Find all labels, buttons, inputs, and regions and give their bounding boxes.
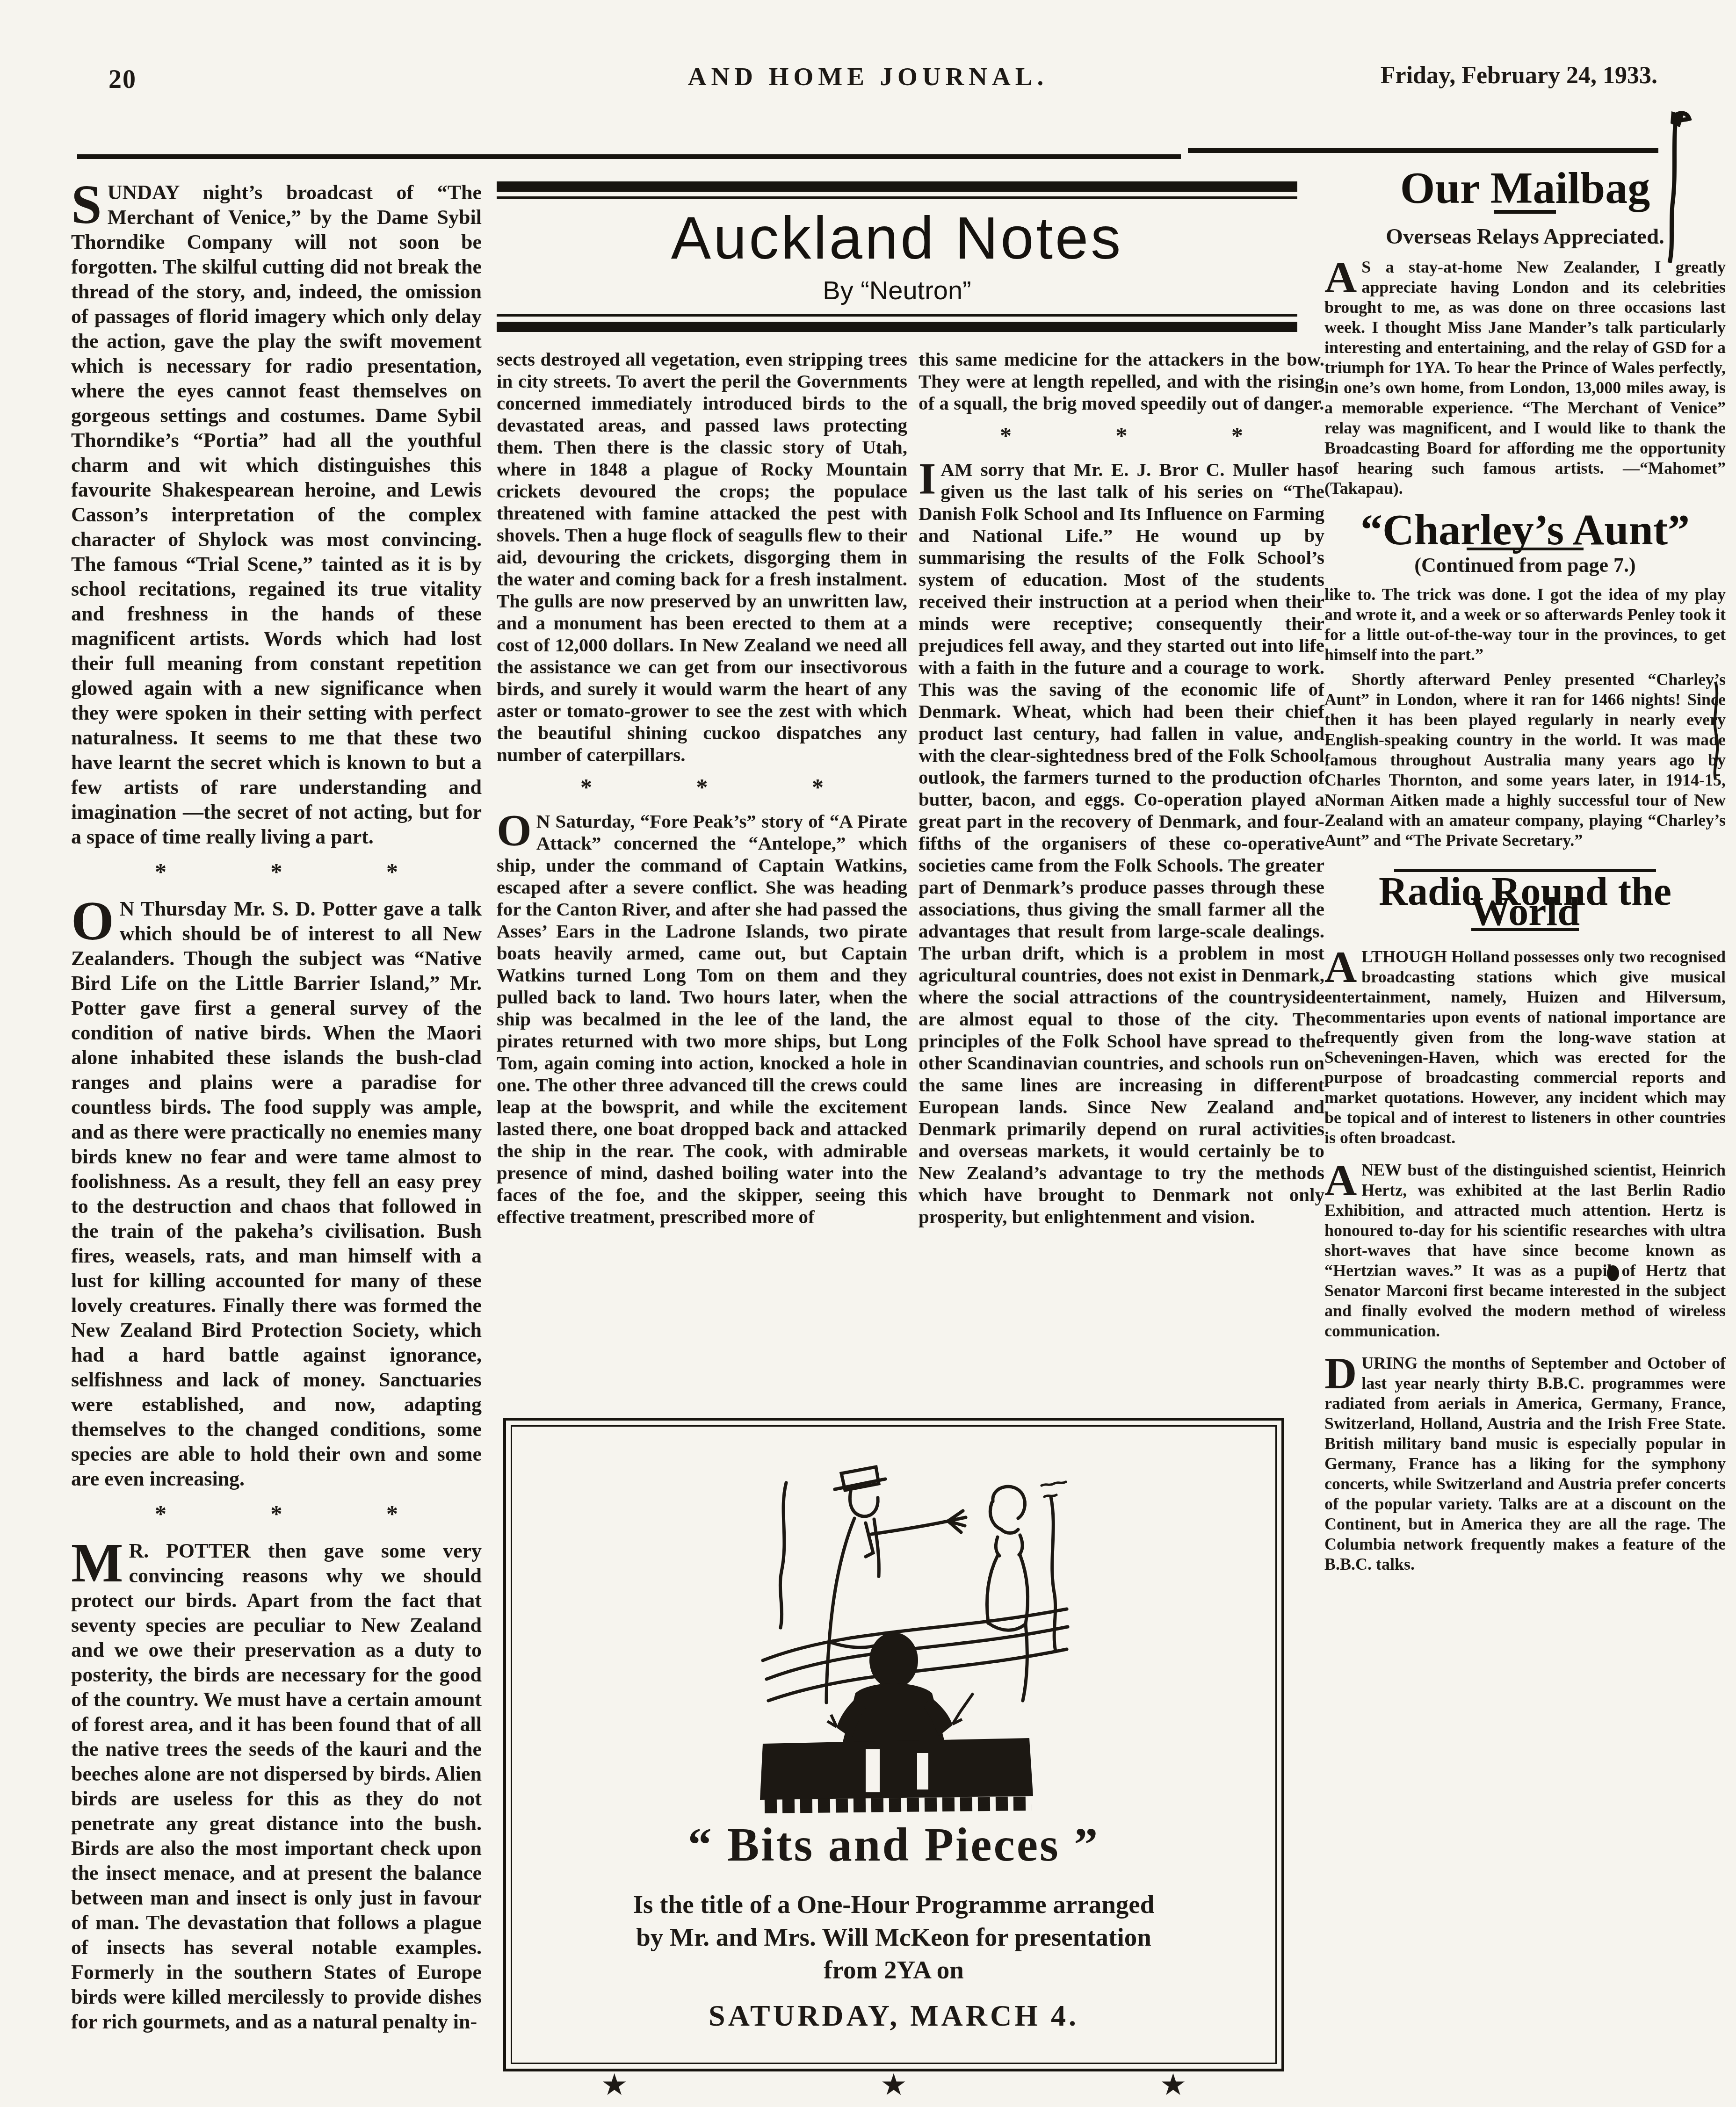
our-mailbag-title: Our Mailbag (1324, 178, 1726, 198)
article-birds-continuation: sects destroyed all vegetation, even str… (497, 348, 907, 766)
article-charleys-aunt-1: like to. The trick was done. I got the i… (1324, 584, 1726, 665)
asterisk-separator: * * * (919, 425, 1324, 447)
article-text: R. POTTER then gave some very convincing… (71, 1539, 482, 2033)
auckland-notes-title: Auckland Notes (497, 204, 1297, 273)
auckland-bottom-rule-thin (497, 314, 1297, 317)
article-text: UNDAY night’s broadcast of “The Merchant… (71, 181, 482, 848)
auckland-column-1: sects destroyed all vegetation, even str… (497, 348, 907, 1410)
drop-cap: O (497, 810, 536, 848)
charleys-aunt-title: “Charley’s Aunt” (1324, 520, 1726, 540)
overseas-relays-subhead: Overseas Relays Appreciated. (1324, 227, 1726, 247)
star-icon: ★ (880, 2068, 907, 2102)
drop-cap: A (1324, 1160, 1361, 1198)
article-text: LTHOUGH Holland possesses only two recog… (1324, 947, 1726, 1147)
auckland-top-rule-thick (497, 181, 1297, 192)
article-merchant-of-venice: SUNDAY night’s broadcast of “The Merchan… (71, 180, 482, 849)
issue-date: Friday, February 24, 1933. (1381, 62, 1657, 89)
header-rule-left (77, 154, 1181, 159)
article-text: NEW bust of the distinguished scientist,… (1324, 1161, 1726, 1340)
bits-line-3: from 2YA on (512, 1954, 1275, 1986)
bits-and-pieces-inner: “ Bits and Pieces ” Is the title of a On… (511, 1425, 1277, 2064)
bits-saturday-line: SATURDAY, MARCH 4. (512, 1999, 1275, 2033)
drop-cap: I (919, 459, 940, 496)
article-charleys-aunt-2: Shortly afterward Penley presented “Char… (1324, 670, 1726, 851)
article-bbc-programmes: DURING the months of September and Octob… (1324, 1353, 1726, 1574)
auckland-bottom-rule-thick (497, 322, 1297, 332)
bits-stars-row: ★ ★ ★ (512, 2068, 1275, 2102)
drop-cap: A (1324, 257, 1361, 295)
left-column: SUNDAY night’s broadcast of “The Merchan… (71, 180, 482, 2102)
article-danish-folk-school: IAM sorry that Mr. E. J. Bror C. Muller … (919, 459, 1324, 1228)
bits-line-2: by Mr. and Mrs. Will McKeon for presenta… (512, 1921, 1275, 1954)
asterisk-separator: * * * (71, 859, 482, 884)
drop-cap: O (71, 896, 120, 942)
ink-blot (1607, 1265, 1619, 1281)
star-icon: ★ (1160, 2068, 1186, 2102)
header-rule-right (1188, 148, 1658, 153)
bits-and-pieces-ad: “ Bits and Pieces ” Is the title of a On… (503, 1418, 1284, 2071)
auckland-top-rule-thin (497, 196, 1297, 199)
article-holland-stations: ALTHOUGH Holland possesses only two reco… (1324, 947, 1726, 1148)
article-pirate-conclusion: this same medicine for the attackers in … (919, 348, 1324, 414)
drop-cap: S (71, 180, 108, 226)
asterisk-separator: * * * (71, 1501, 482, 1526)
bits-and-pieces-title: “ Bits and Pieces ” (512, 1818, 1275, 1872)
newspaper-page: 20 AND HOME JOURNAL. Friday, February 24… (0, 0, 1736, 2107)
article-text: URING the months of September and Octobe… (1324, 1354, 1726, 1573)
star-icon: ★ (601, 2068, 628, 2102)
auckland-column-2: this same medicine for the attackers in … (919, 348, 1324, 1410)
radio-round-the-world-title: Radio Round the World (1324, 881, 1726, 922)
article-potter-reasons: MR. POTTER then gave some very convincin… (71, 1538, 482, 2034)
article-text: N Saturday, “Fore Peak’s” story of “A Pi… (497, 810, 907, 1227)
ink-squiggle (1706, 679, 1725, 782)
drop-cap: M (71, 1538, 129, 1584)
right-column: Our Mailbag Overseas Relays Appreciated.… (1324, 178, 1726, 1579)
auckland-notes-byline: By “Neutron” (497, 275, 1297, 305)
article-pirate-attack: ON Saturday, “Fore Peak’s” story of “A P… (497, 810, 907, 1228)
article-potter-talk: ON Thursday Mr. S. D. Potter gave a talk… (71, 896, 482, 1491)
drop-cap: A (1324, 947, 1361, 984)
article-text: N Thursday Mr. S. D. Potter gave a talk … (71, 897, 482, 1490)
article-text: AM sorry that Mr. E. J. Bror C. Muller h… (919, 459, 1324, 1227)
article-text: S a stay-at-home New Zealander, I greatl… (1324, 258, 1726, 498)
asterisk-separator: * * * (497, 776, 907, 798)
article-hertz-bust: ANEW bust of the distinguished scientist… (1324, 1160, 1726, 1341)
article-mailbag-letter: AS a stay-at-home New Zealander, I great… (1324, 257, 1726, 498)
continued-from-note: (Continued from page 7.) (1324, 555, 1726, 575)
drop-cap: D (1324, 1353, 1361, 1391)
bits-line-1: Is the title of a One-Hour Programme arr… (512, 1888, 1275, 1921)
bits-and-pieces-illustration (646, 1441, 1142, 1815)
